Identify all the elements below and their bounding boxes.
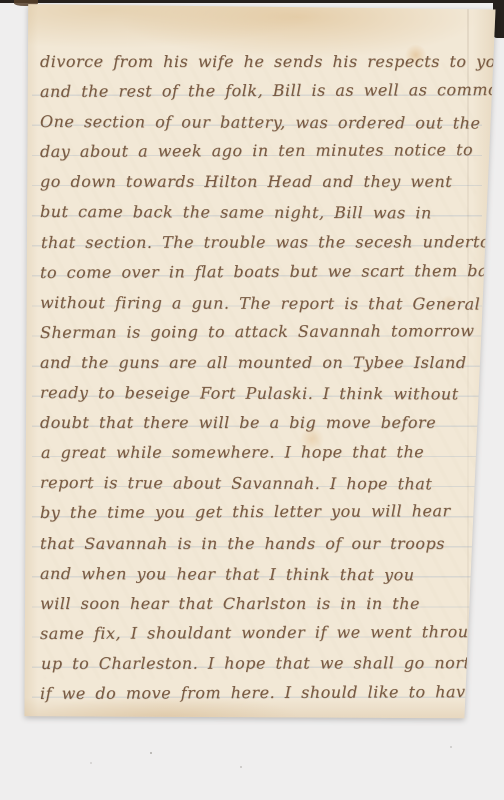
letter-line: doubt that there will be a big move befo… <box>40 408 490 438</box>
letter-lines: divorce from his wife he sends his respe… <box>40 47 490 709</box>
letter-line: day about a week ago in ten minutes noti… <box>40 135 490 167</box>
letter-line: will soon hear that Charlston is in in t… <box>40 589 490 619</box>
dust-specks <box>150 752 152 754</box>
letter-line: Sherman is going to attack Savannah tomo… <box>40 316 490 348</box>
letter-line: to come over in flat boats but we scart … <box>40 256 490 288</box>
letter-line: but came back the same night, Bill was i… <box>40 197 490 229</box>
scanned-letter-page: divorce from his wife he sends his respe… <box>0 0 504 800</box>
letter-line: go down towards Hilton Head and they wen… <box>40 167 490 197</box>
letter-line: up to Charleston. I hope that we shall g… <box>41 648 491 679</box>
letter-sheet-wrap: divorce from his wife he sends his respe… <box>24 3 496 719</box>
letter-line: and the guns are all mounted on Tybee Is… <box>40 348 490 378</box>
letter-line: report is true about Savannah. I hope th… <box>40 468 490 500</box>
letter-line: a great while somewhere. I hope that the <box>41 437 491 468</box>
letter-line: same fix, I shouldant wonder if we went … <box>40 617 490 649</box>
letter-line: and the rest of the folk, Bill is as wel… <box>40 75 490 107</box>
letter-line: that Savannah is in the hands of our tro… <box>40 529 490 559</box>
letter-line: ready to beseige Fort Pulaski. I think w… <box>40 378 490 410</box>
letter-line: One section of our battery, was ordered … <box>40 107 490 139</box>
letter-line: that section. The trouble was the secesh… <box>41 227 491 258</box>
letter-line: by the time you get this letter you will… <box>40 496 490 528</box>
letter-line: divorce from his wife he sends his respe… <box>40 47 490 77</box>
letter-line: without firing a gun. The report is that… <box>40 288 490 320</box>
letter-line: and when you hear that I think that you <box>40 559 490 591</box>
letter-line: if we do move from here. I should like t… <box>40 677 490 709</box>
letter-sheet: divorce from his wife he sends his respe… <box>24 3 496 719</box>
